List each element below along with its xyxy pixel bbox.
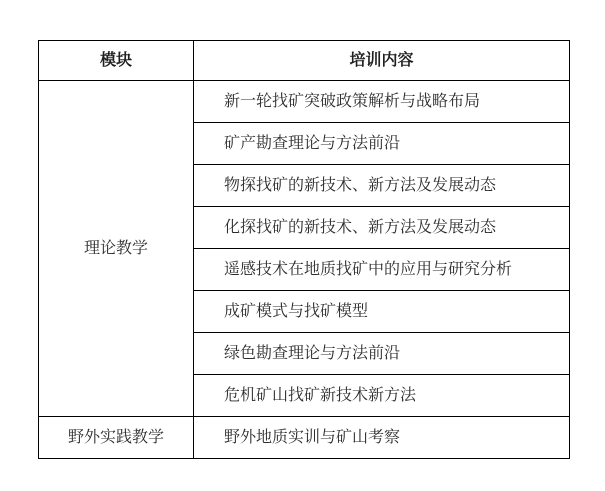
content-cell: 危机矿山找矿新技术新方法 — [194, 375, 570, 417]
content-cell: 成矿模式与找矿模型 — [194, 291, 570, 333]
content-cell: 化探找矿的新技术、新方法及发展动态 — [194, 207, 570, 249]
content-cell: 野外地质实训与矿山考察 — [194, 417, 570, 459]
content-cell: 绿色勘查理论与方法前沿 — [194, 333, 570, 375]
content-cell: 新一轮找矿突破政策解析与战略布局 — [194, 81, 570, 123]
module-cell-field-practice: 野外实践教学 — [39, 417, 194, 459]
training-content-table: 模块 培训内容 理论教学 新一轮找矿突破政策解析与战略布局 矿产勘查理论与方法前… — [38, 40, 570, 459]
header-training-content: 培训内容 — [194, 41, 570, 81]
table-row: 野外实践教学 野外地质实训与矿山考察 — [39, 417, 570, 459]
content-cell: 物探找矿的新技术、新方法及发展动态 — [194, 165, 570, 207]
header-row: 模块 培训内容 — [39, 41, 570, 81]
module-cell-theory: 理论教学 — [39, 81, 194, 417]
content-cell: 遥感技术在地质找矿中的应用与研究分析 — [194, 249, 570, 291]
header-module: 模块 — [39, 41, 194, 81]
content-cell: 矿产勘查理论与方法前沿 — [194, 123, 570, 165]
table-row: 理论教学 新一轮找矿突破政策解析与战略布局 — [39, 81, 570, 123]
